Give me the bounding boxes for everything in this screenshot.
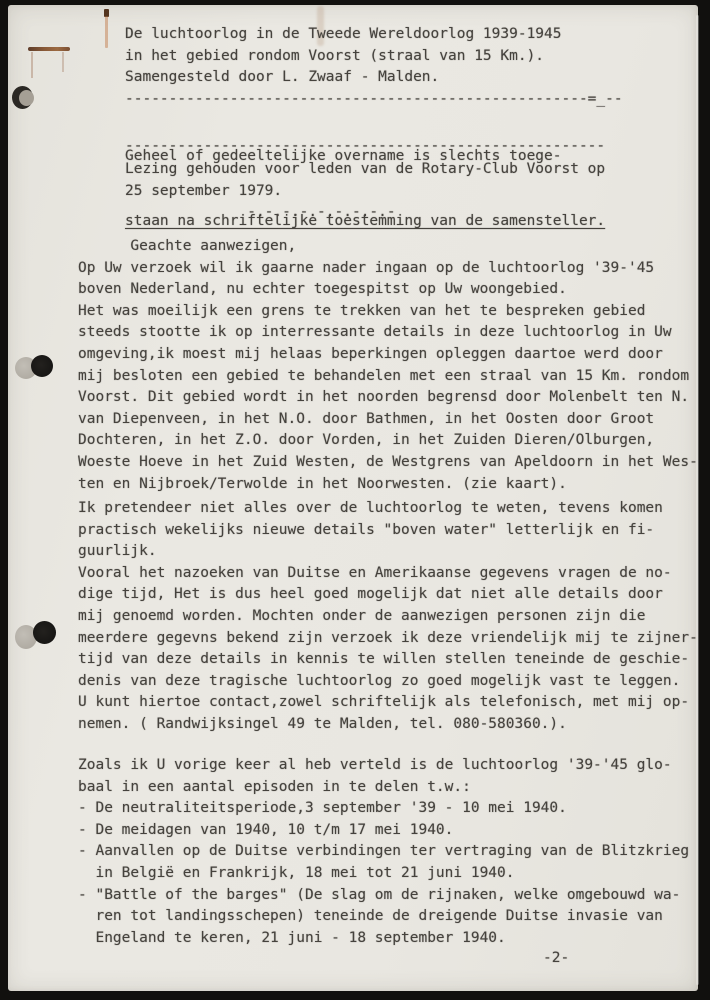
hole-punch-shadow-inner bbox=[19, 90, 34, 106]
paragraph-research-note: Ik pretendeer niet alles over de luchtoo… bbox=[78, 498, 698, 736]
paragraph-area-description: Geachte aanwezigen, Op Uw verzoek wil ik… bbox=[78, 236, 698, 495]
scanned-document-view: De luchtoorlog in de Tweede Wereldoorlog… bbox=[0, 0, 710, 1000]
rust-vertical-mark bbox=[105, 16, 108, 48]
rust-drip-mark bbox=[31, 52, 33, 78]
hole-punch bbox=[31, 355, 53, 377]
hole-punch bbox=[33, 621, 56, 644]
rust-drip-mark bbox=[62, 52, 64, 72]
paragraph-episode-list: Zoals ik U vorige keer al heb verteld is… bbox=[78, 755, 689, 949]
page-number: -2- bbox=[543, 948, 569, 970]
lecture-note: Lezing gehouden voor leden van de Rotary… bbox=[125, 159, 605, 224]
document-title: De luchtoorlog in de Tweede Wereldoorlog… bbox=[125, 24, 623, 110]
rust-horizontal-stain bbox=[28, 47, 70, 51]
copyright-notice-underline-dashes: ----------------------------------------… bbox=[125, 136, 605, 158]
